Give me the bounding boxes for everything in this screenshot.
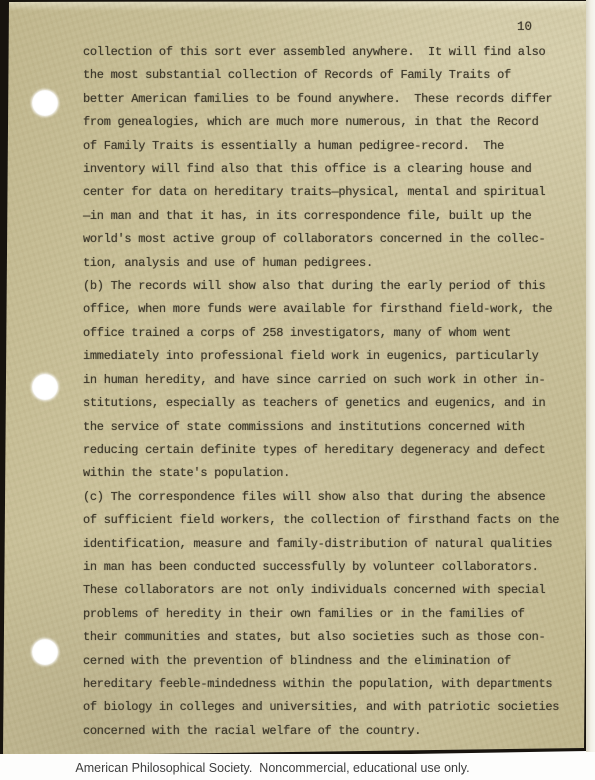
page-number: 10 xyxy=(517,20,532,34)
scanned-document: 10 collection of this sort ever assemble… xyxy=(0,0,595,780)
scanner-margin xyxy=(586,0,595,752)
typewritten-text: collection of this sort ever assembled a… xyxy=(83,41,583,743)
hole-punch-icon xyxy=(32,90,58,116)
copyright-caption: American Philosophical Society. Noncomme… xyxy=(0,761,545,775)
hole-punch-icon xyxy=(32,374,58,400)
hole-punch-icon xyxy=(32,639,58,665)
